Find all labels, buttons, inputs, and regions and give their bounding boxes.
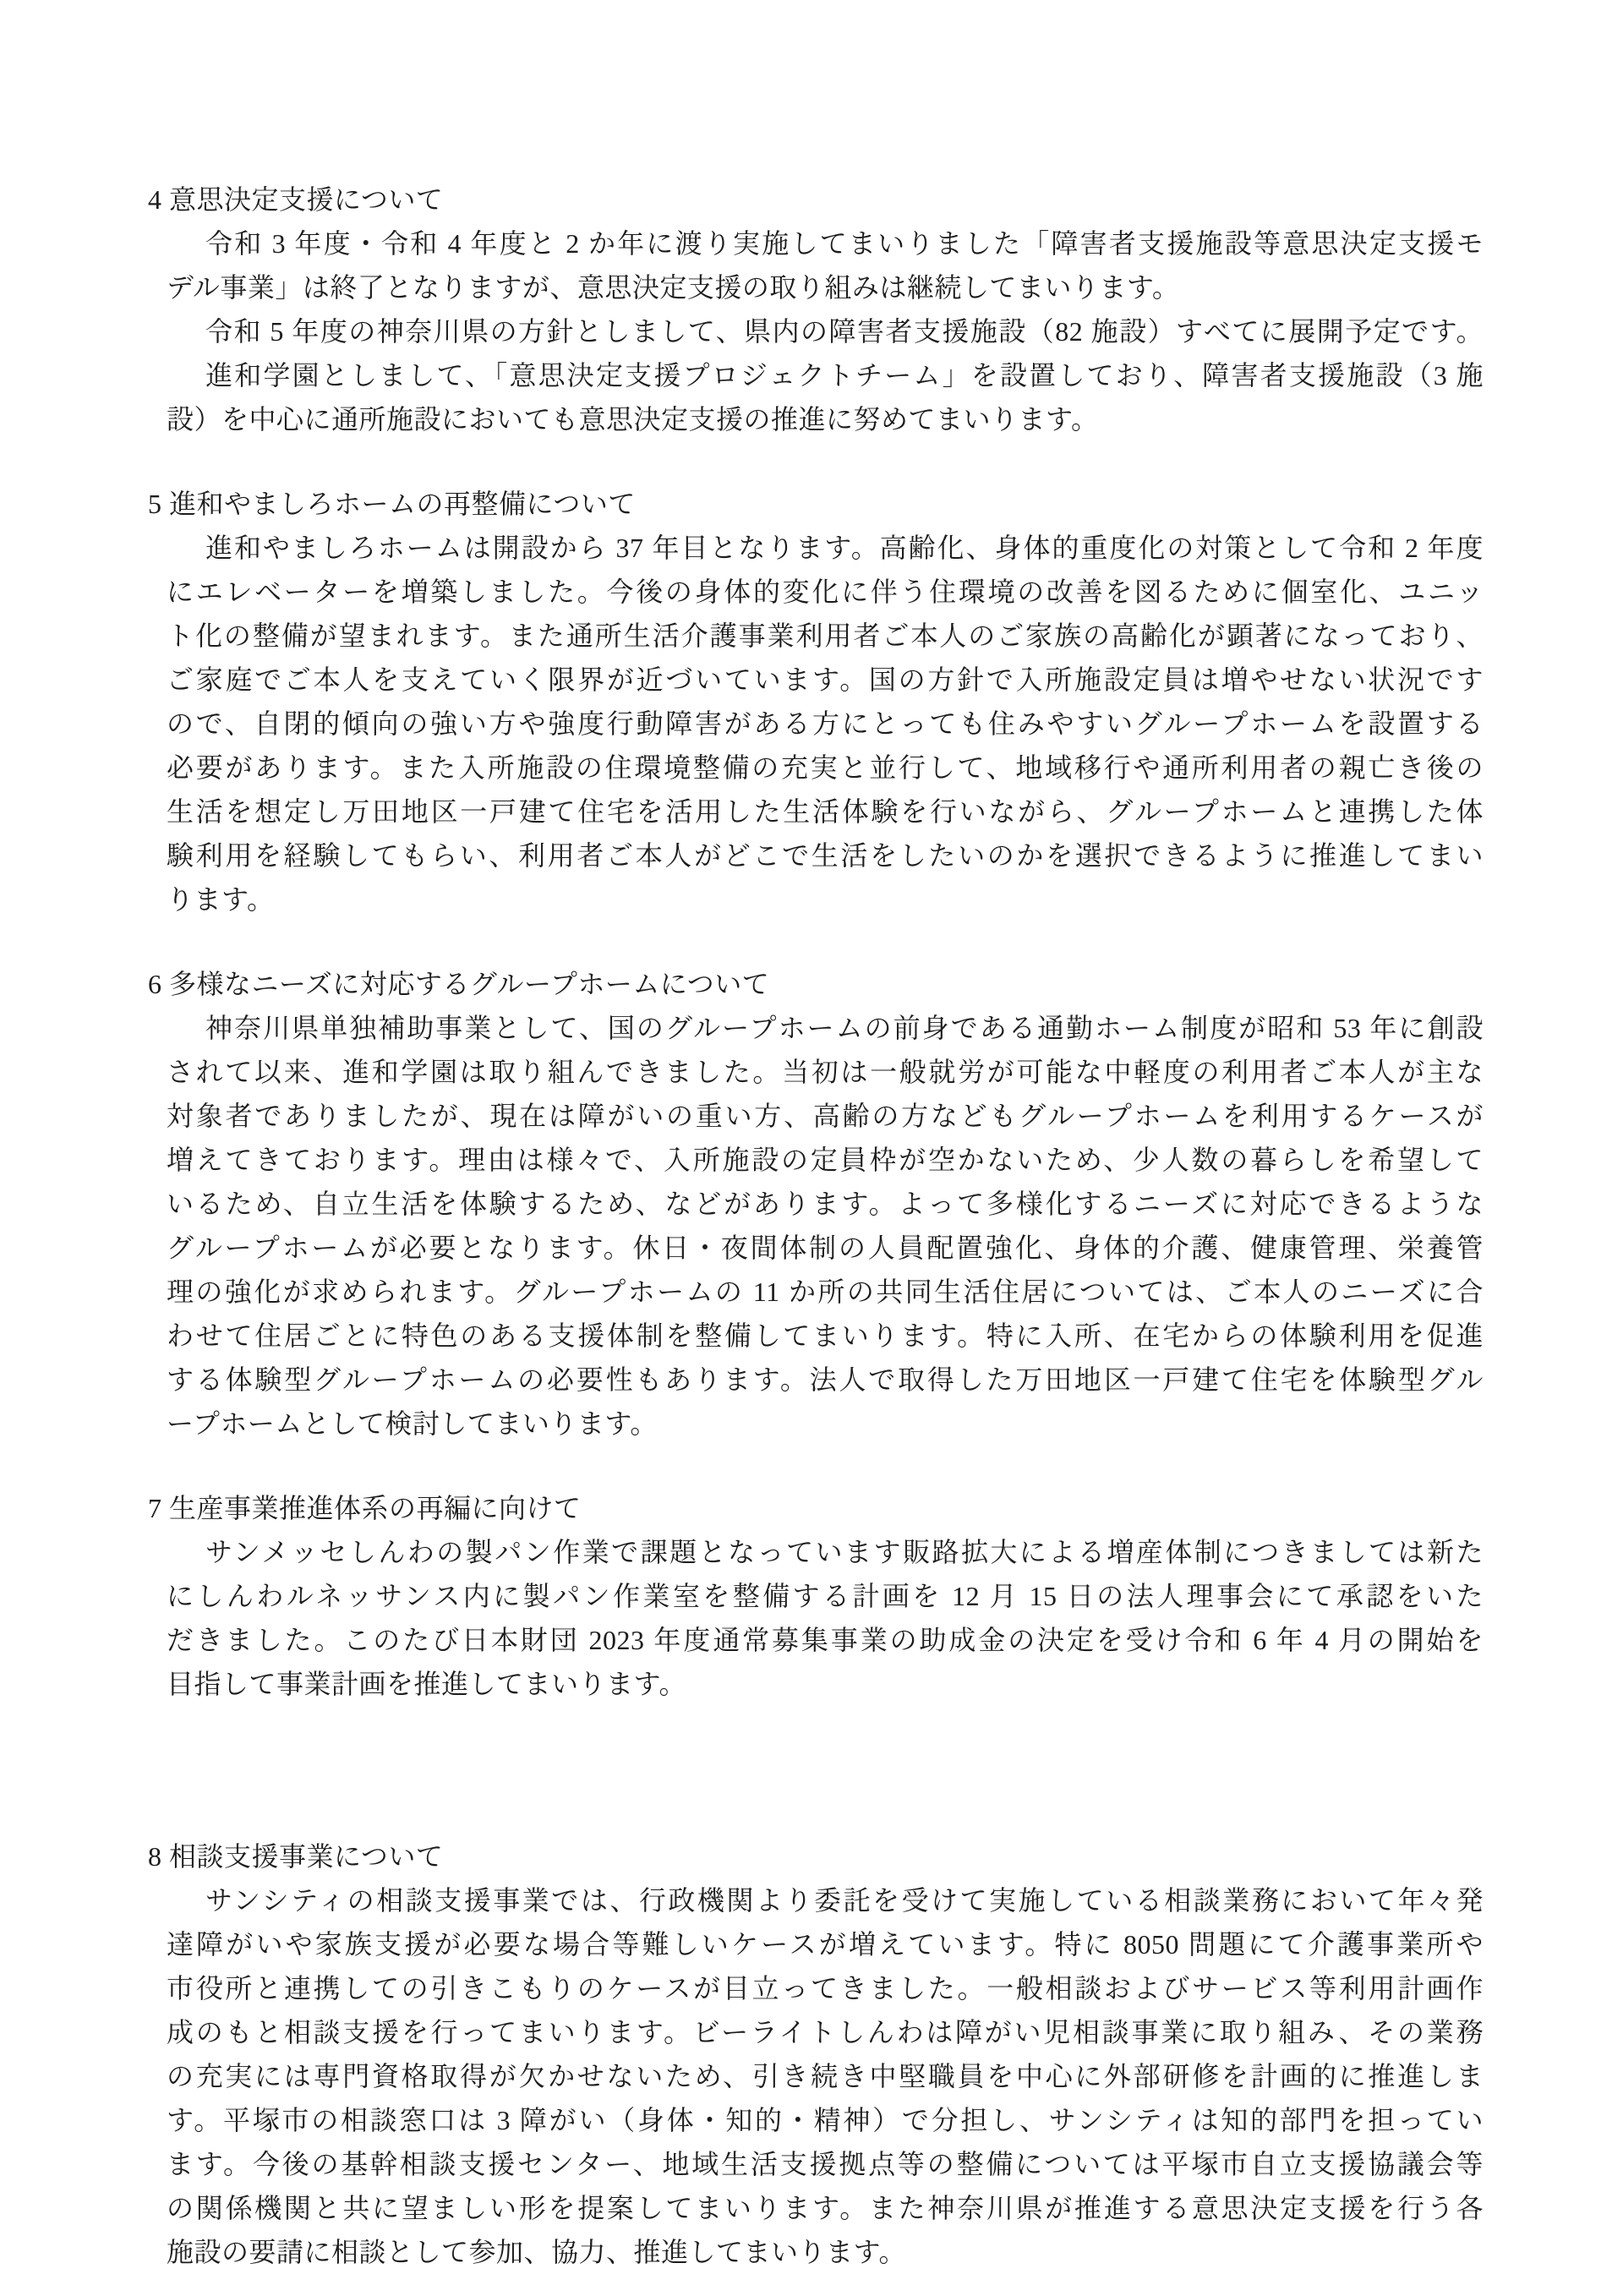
text-line: 進和学園としまして、「意思決定支援プロジェクトチーム」を設置しており、障害者支援… — [148, 353, 1484, 397]
text-line: ト化の整備が望まれます。また通所生活介護事業利用者ご本人のご家族の高齢化が顕著に… — [148, 614, 1484, 658]
text-line: ります。 — [148, 877, 1484, 921]
text-line: 令和 5 年度の神奈川県の方針としまして、県内の障害者支援施設（82 施設）すべ… — [148, 309, 1484, 353]
text-line: 増えてきております。理由は様々で、入所施設の定員枠が空かないため、少人数の暮らし… — [148, 1138, 1484, 1182]
section-heading: 8 相談支援事業について — [148, 1834, 1484, 1878]
section-heading: 4 意思決定支援について — [148, 178, 1484, 221]
text-line: だきました。このたび日本財団 2023 年度通常募集事業の助成金の決定を受け令和… — [148, 1618, 1484, 1662]
text-line: する体験型グループホームの必要性もあります。法人で取得した万田地区一戸建て住宅を… — [148, 1358, 1484, 1402]
section-heading: 5 進和やましろホームの再整備について — [148, 482, 1484, 526]
text-line: 達障がいや家族支援が必要な場合等難しいケースが増えています。特に 8050 問題… — [148, 1922, 1484, 1966]
text-line: 生活を想定し万田地区一戸建て住宅を活用した生活体験を行いながら、グループホームと… — [148, 790, 1484, 834]
text-line: 市役所と連携しての引きこもりのケースが目立ってきました。一般相談およびサービス等… — [148, 1966, 1484, 2010]
text-line: 理の強化が求められます。グループホームの 11 か所の共同生活住居については、ご… — [148, 1270, 1484, 1314]
section-6: 6 多様なニーズに対応するグループホームについて神奈川県単独補助事業として、国の… — [148, 962, 1484, 1446]
text-line: にしんわルネッサンス内に製パン作業室を整備する計画を 12 月 15 日の法人理… — [148, 1574, 1484, 1618]
text-line: にエレベーターを増築しました。今後の身体的変化に伴う住環境の改善を図るために個室… — [148, 570, 1484, 614]
text-line: ープホームとして検討してまいります。 — [148, 1402, 1484, 1446]
text-line: ご家庭でご本人を支えていく限界が近づいています。国の方針で入所施設定員は増やせな… — [148, 658, 1484, 702]
section-heading: 6 多様なニーズに対応するグループホームについて — [148, 962, 1484, 1006]
text-line: 進和やましろホームは開設から 37 年目となります。高齢化、身体的重度化の対策と… — [148, 526, 1484, 570]
document-page: 4 意思決定支援について令和 3 年度・令和 4 年度と 2 か年に渡り実施して… — [0, 0, 1623, 2296]
text-line: 成のもと相談支援を行ってまいります。ビーライトしんわは障がい児相談事業に取り組み… — [148, 2010, 1484, 2054]
text-line: 必要があります。また入所施設の住環境整備の充実と並行して、地域移行や通所利用者の… — [148, 746, 1484, 790]
text-line: 設）を中心に通所施設においても意思決定支援の推進に努めてまいります。 — [148, 397, 1484, 441]
text-line: 目指して事業計画を推進してまいります。 — [148, 1662, 1484, 1706]
section-4: 4 意思決定支援について令和 3 年度・令和 4 年度と 2 か年に渡り実施して… — [148, 178, 1484, 441]
text-line: わせて住居ごとに特色のある支援体制を整備してまいります。特に入所、在宅からの体験… — [148, 1314, 1484, 1358]
text-line: す。平塚市の相談窓口は 3 障がい（身体・知的・精神）で分担し、サンシティは知的… — [148, 2098, 1484, 2142]
section-heading: 7 生産事業推進体系の再編に向けて — [148, 1486, 1484, 1530]
text-line: 施設の要請に相談として参加、協力、推進してまいります。 — [148, 2230, 1484, 2274]
section-5: 5 進和やましろホームの再整備について進和やましろホームは開設から 37 年目と… — [148, 482, 1484, 921]
text-line: デル事業」は終了となりますが、意思決定支援の取り組みは継続してまいります。 — [148, 265, 1484, 309]
text-line: サンメッセしんわの製パン作業で課題となっています販路拡大による増産体制につきまし… — [148, 1530, 1484, 1574]
text-line: ます。今後の基幹相談支援センター、地域生活支援拠点等の整備については平塚市自立支… — [148, 2142, 1484, 2186]
text-line: されて以来、進和学園は取り組んできました。当初は一般就労が可能な中軽度の利用者ご… — [148, 1050, 1484, 1094]
text-line: グループホームが必要となります。休日・夜間体制の人員配置強化、身体的介護、健康管… — [148, 1226, 1484, 1270]
text-line: の充実には専門資格取得が欠かせないため、引き続き中堅職員を中心に外部研修を計画的… — [148, 2054, 1484, 2098]
text-line: ので、自閉的傾向の強い方や強度行動障害がある方にとっても住みやすいグループホーム… — [148, 702, 1484, 746]
text-line: いるため、自立生活を体験するため、などがあります。よって多様化するニーズに対応で… — [148, 1182, 1484, 1226]
text-line: 令和 3 年度・令和 4 年度と 2 か年に渡り実施してまいりました「障害者支援… — [148, 221, 1484, 265]
text-line: 対象者でありましたが、現在は障がいの重い方、高齢の方などもグループホームを利用す… — [148, 1094, 1484, 1138]
text-line: の関係機関と共に望ましい形を提案してまいります。また神奈川県が推進する意思決定支… — [148, 2186, 1484, 2230]
section-7: 7 生産事業推進体系の再編に向けてサンメッセしんわの製パン作業で課題となっていま… — [148, 1486, 1484, 1706]
text-line: 神奈川県単独補助事業として、国のグループホームの前身である通勤ホーム制度が昭和 … — [148, 1006, 1484, 1050]
text-line: 験利用を経験してもらい、利用者ご本人がどこで生活をしたいのかを選択できるように推… — [148, 834, 1484, 877]
section-8: 8 相談支援事業についてサンシティの相談支援事業では、行政機関より委託を受けて実… — [148, 1834, 1484, 2274]
text-line: サンシティの相談支援事業では、行政機関より委託を受けて実施している相談業務におい… — [148, 1878, 1484, 1922]
